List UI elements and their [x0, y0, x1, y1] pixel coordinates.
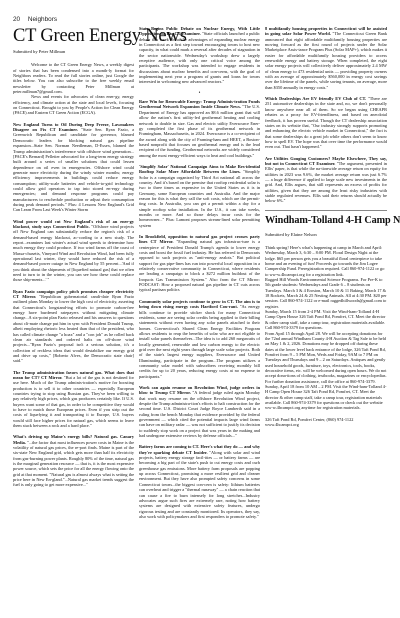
story-body: "A federal judge ruled again Monday that… — [139, 390, 260, 438]
story: Community solar projects continue to gro… — [139, 299, 260, 379]
story: New England Turns to Oil During Deep Fre… — [13, 122, 134, 213]
story: Battery farms are coming to CT. Here's w… — [139, 444, 260, 519]
story: Are Utilities Gouging Customers? Maybe E… — [265, 156, 387, 204]
story: Wind power would cut New England's risk … — [13, 219, 134, 283]
story-body: "The Connecticut Green Bank announced th… — [265, 31, 387, 89]
column-1: CT Green Energy News Submitted by Peter … — [13, 25, 134, 494]
bullet-separator: • — [139, 91, 260, 96]
camp-event: Sunday, April 18 from 10 AM – 2 PM. Visi… — [265, 384, 387, 411]
story-body: "There are 251 automotive dealerships in… — [265, 96, 387, 149]
story-body: "The U.S. Department of Energy has appro… — [139, 104, 260, 157]
story-headline: Which Dealerships Are EV friendly EV Clu… — [265, 96, 366, 101]
camp-event: Sunday, March 15 from 2-4 PM. Visit the … — [265, 309, 387, 330]
story-body: "Expanding natural gas infrastruc-ture i… — [139, 239, 260, 292]
story: Which Dealerships Are EV friendly EV Clu… — [265, 96, 387, 149]
byline: Submitted by Peter Millman — [13, 49, 134, 54]
camp-events: Think spring! Here's what's happening at… — [265, 245, 387, 427]
column-3: 8 multifamily housing properties in Conn… — [265, 26, 387, 427]
section-divider — [265, 210, 387, 211]
newspaper-page: 20 Neighbors CT Green Energy News Submit… — [0, 0, 400, 618]
column-2: State Begins Public Debate on Nuclear En… — [139, 26, 260, 525]
camp-byline: Submitted by Elaine Nelson — [265, 232, 387, 237]
story: State Begins Public Debate on Nuclear En… — [139, 26, 260, 85]
camp-event: From April 15 through April 28. We will … — [265, 331, 387, 384]
story-body: "But a lot of the gas is not destined fo… — [13, 375, 134, 428]
page-header: 20 Neighbors — [13, 16, 57, 23]
intro-paragraph: News and events for advocates of clean e… — [13, 94, 134, 115]
masthead-title: CT Green Energy News — [13, 25, 134, 47]
story-body: "Along with solar and wind projects, bat… — [139, 450, 260, 519]
story-body: "Offshore wind projects off New England … — [13, 224, 134, 282]
story: 8 multifamily housing properties in Conn… — [265, 26, 387, 90]
section-name: Neighbors — [28, 16, 57, 23]
page-number: 20 — [13, 16, 20, 23]
story-body: "Republican gubernatorial candi-date Rya… — [13, 294, 134, 363]
story: Work can again resume on Revolution Wind… — [139, 385, 260, 438]
story: What's driving up Maine's energy bills? … — [13, 434, 134, 487]
story: Rare Win for Renewable Energy: Trump Adm… — [139, 99, 260, 158]
camp-event: Wednesday, March 3, 6:30 – 8:00 PM. Flor… — [265, 250, 387, 277]
camp-event: Ragged Hill Woods Environmental Science … — [265, 277, 387, 309]
story-body: "The argument, presented in Ellis' paper… — [265, 161, 387, 203]
story-body: "State officials launched a public debat… — [139, 31, 260, 84]
story-body: "...the factor that most influences powe… — [13, 440, 134, 488]
story: The Trump administration favors natural … — [13, 370, 134, 429]
story-body: "State Sen. Ryan Fazio, a Greenwich Repu… — [13, 127, 134, 212]
story-body: "Simplify Solar is a campaign organized … — [139, 169, 260, 227]
story-body: "As energy bills continue to provide sti… — [139, 304, 260, 378]
story: 'Simplify Solar' National Campaign Aims … — [139, 164, 260, 228]
camp-news-title: Windham-Tolland 4-H Camp News — [265, 214, 387, 227]
camp-website: www.4hcampct.org — [265, 422, 387, 427]
story: In Brookfield, opposition to natural gas… — [139, 234, 260, 293]
intro-paragraph: Welcome to the CT Green Energy News, a w… — [13, 62, 134, 94]
story: Ryan Fazio campaign policy pitch promise… — [13, 289, 134, 364]
